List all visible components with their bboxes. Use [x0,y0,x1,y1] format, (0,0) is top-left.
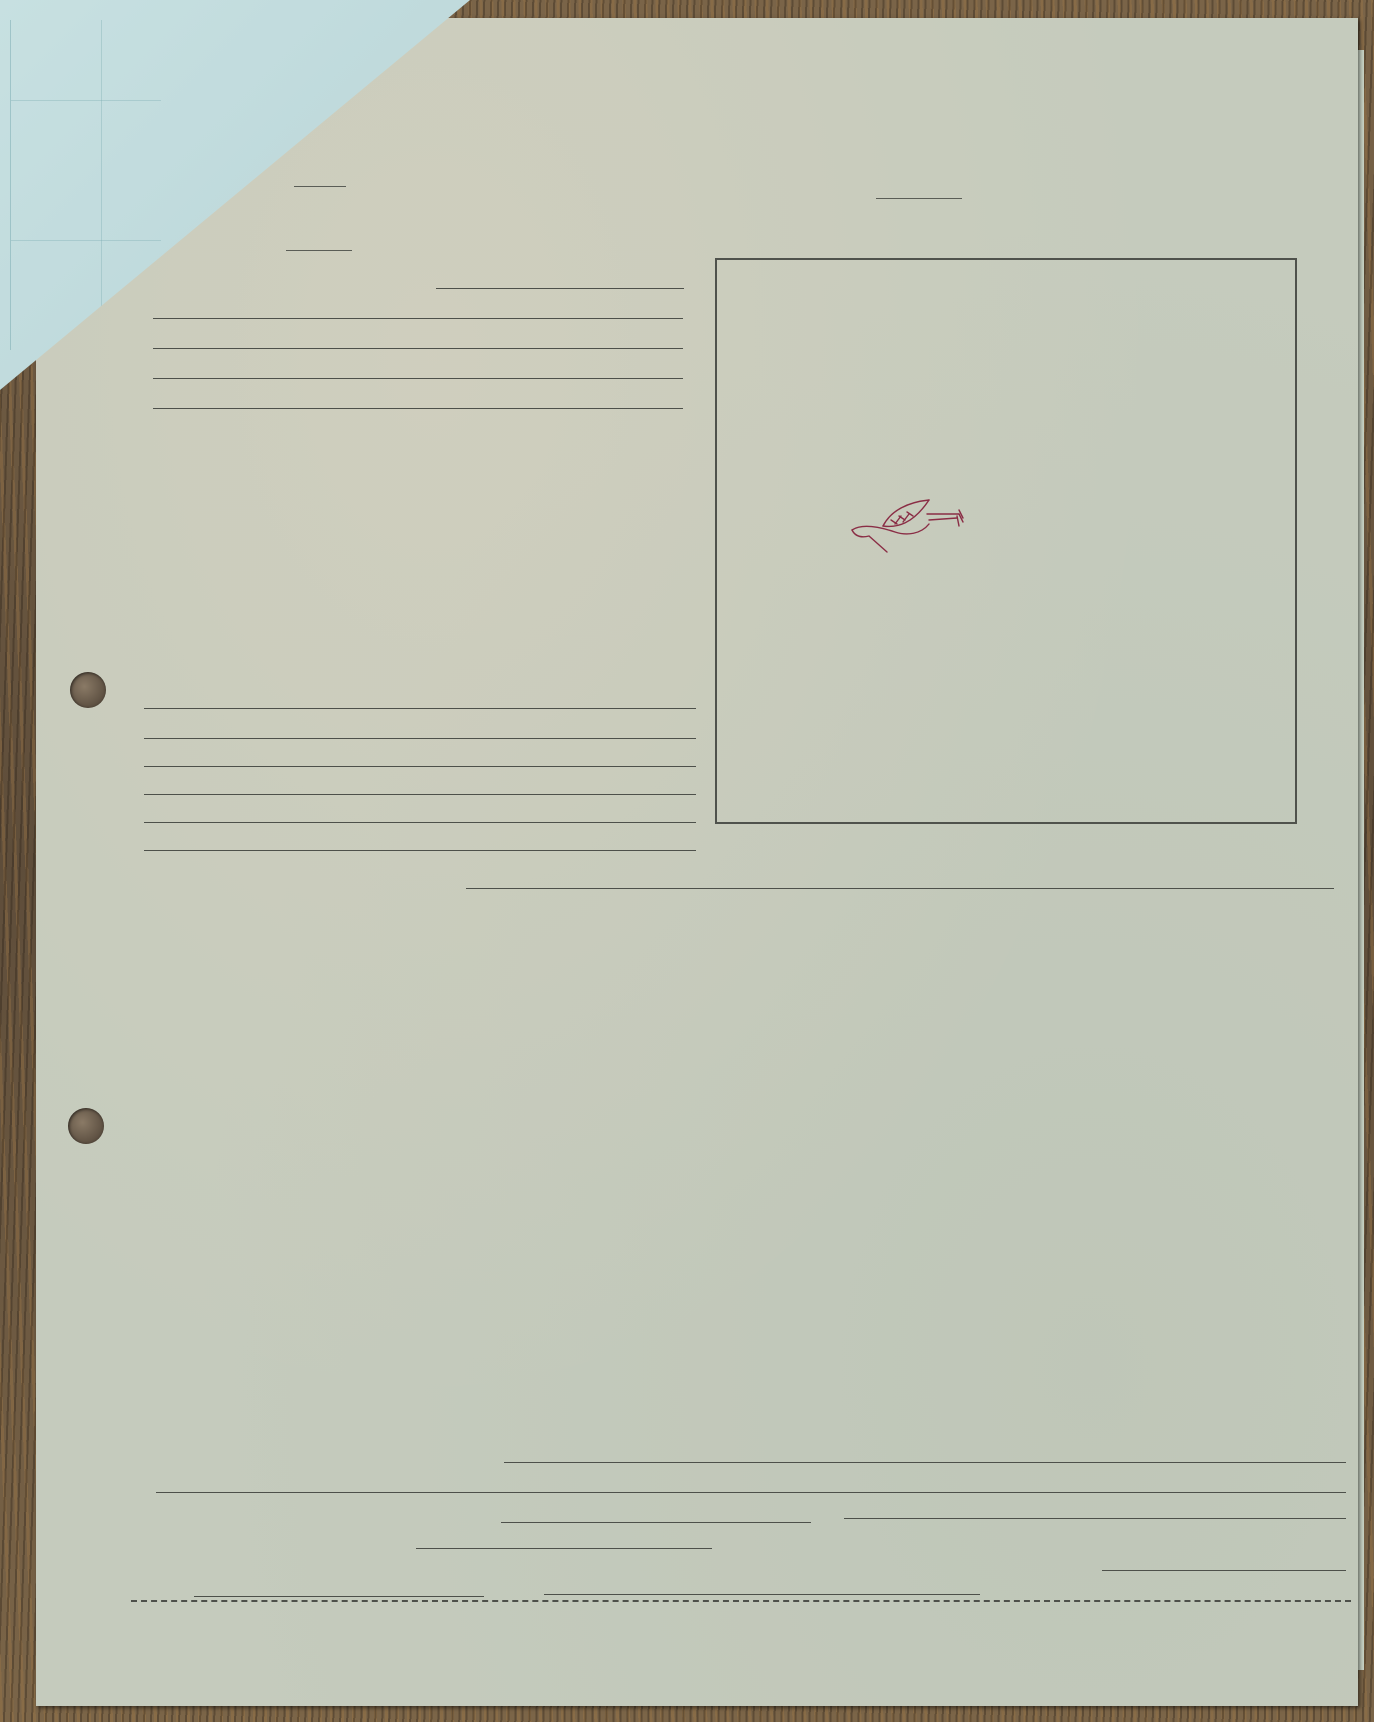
section3-line-2 [144,738,696,739]
section1-line-0 [436,288,684,289]
punch-hole-bottom [68,1108,104,1144]
mark-model-box [715,258,1297,824]
section1-line-1 [153,318,683,319]
section7-date-line [1102,1570,1346,1571]
section3-line-3 [144,766,696,767]
section7-no-line [194,1596,484,1597]
section1-line-2 [153,348,683,349]
header-divider-2 [286,250,352,251]
section5-line-1 [504,1462,1346,1463]
section5-line-2 [156,1492,1346,1493]
section6-place-line [844,1518,1346,1519]
section1-line-3 [153,378,683,379]
title-divider [876,198,962,199]
mark-logo [847,496,977,570]
section4-line-0 [466,888,1334,889]
section7-place-line [544,1594,980,1595]
section3-line-4 [144,794,696,795]
section1-line-4 [153,408,683,409]
section6-date-line [501,1522,811,1523]
punch-hole-top [70,672,106,708]
stork-icon [847,496,977,566]
section3-line-6 [144,850,696,851]
section3-line-5 [144,822,696,823]
section6-number-line [416,1548,712,1549]
trademark-application-form [36,18,1358,1706]
header-divider [294,186,346,187]
section3-line-1 [144,708,696,709]
footnote-separator [131,1600,1351,1602]
